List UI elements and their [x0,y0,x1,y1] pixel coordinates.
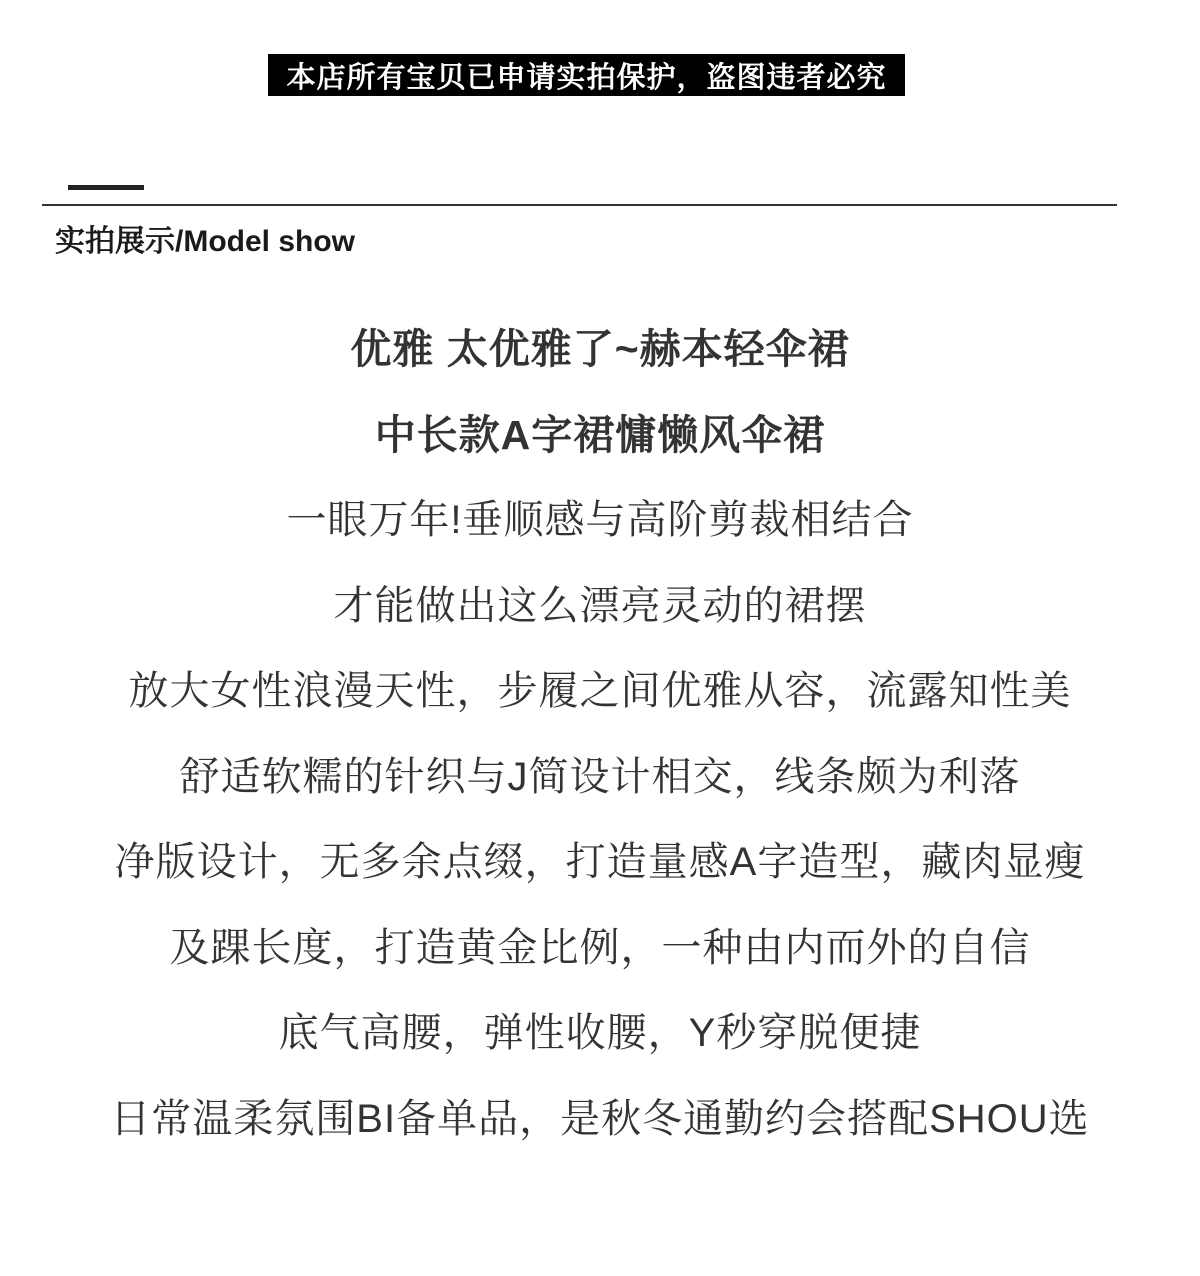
title-line-1: 优雅 太优雅了~赫本轻伞裙 [0,303,1200,389]
anti-theft-banner-text: 本店所有宝贝已申请实拍保护，盗图违者必究 [286,55,886,96]
body-line-8: 日常温柔氛围BI备单品，是秋冬通勤约会搭配SHOU选 [0,1073,1200,1159]
section-title: 实拍展示/Model show [55,216,355,260]
body-line-3: 放大女性浪漫天性，步履之间优雅从容，流露知性美 [0,645,1200,731]
body-line-7: 底气高腰，弹性收腰，Y秒穿脱便捷 [0,987,1200,1073]
anti-theft-banner: 本店所有宝贝已申请实拍保护，盗图违者必究 [268,54,905,96]
body-line-1: 一眼万年!垂顺感与高阶剪裁相结合 [0,474,1200,560]
accent-dash-divider [68,185,144,190]
body-line-4: 舒适软糯的针织与J简设计相交，线条颇为利落 [0,731,1200,817]
section-divider-line [42,204,1117,206]
product-description: 优雅 太优雅了~赫本轻伞裙 中长款A字裙慵懒风伞裙 一眼万年!垂顺感与高阶剪裁相… [0,303,1200,1158]
body-line-6: 及踝长度，打造黄金比例，一种由内而外的自信 [0,902,1200,988]
body-line-5: 净版设计，无多余点缀，打造量感A字造型，藏肉显瘦 [0,816,1200,902]
title-line-2: 中长款A字裙慵懒风伞裙 [0,389,1200,475]
body-line-2: 才能做出这么漂亮灵动的裙摆 [0,560,1200,646]
